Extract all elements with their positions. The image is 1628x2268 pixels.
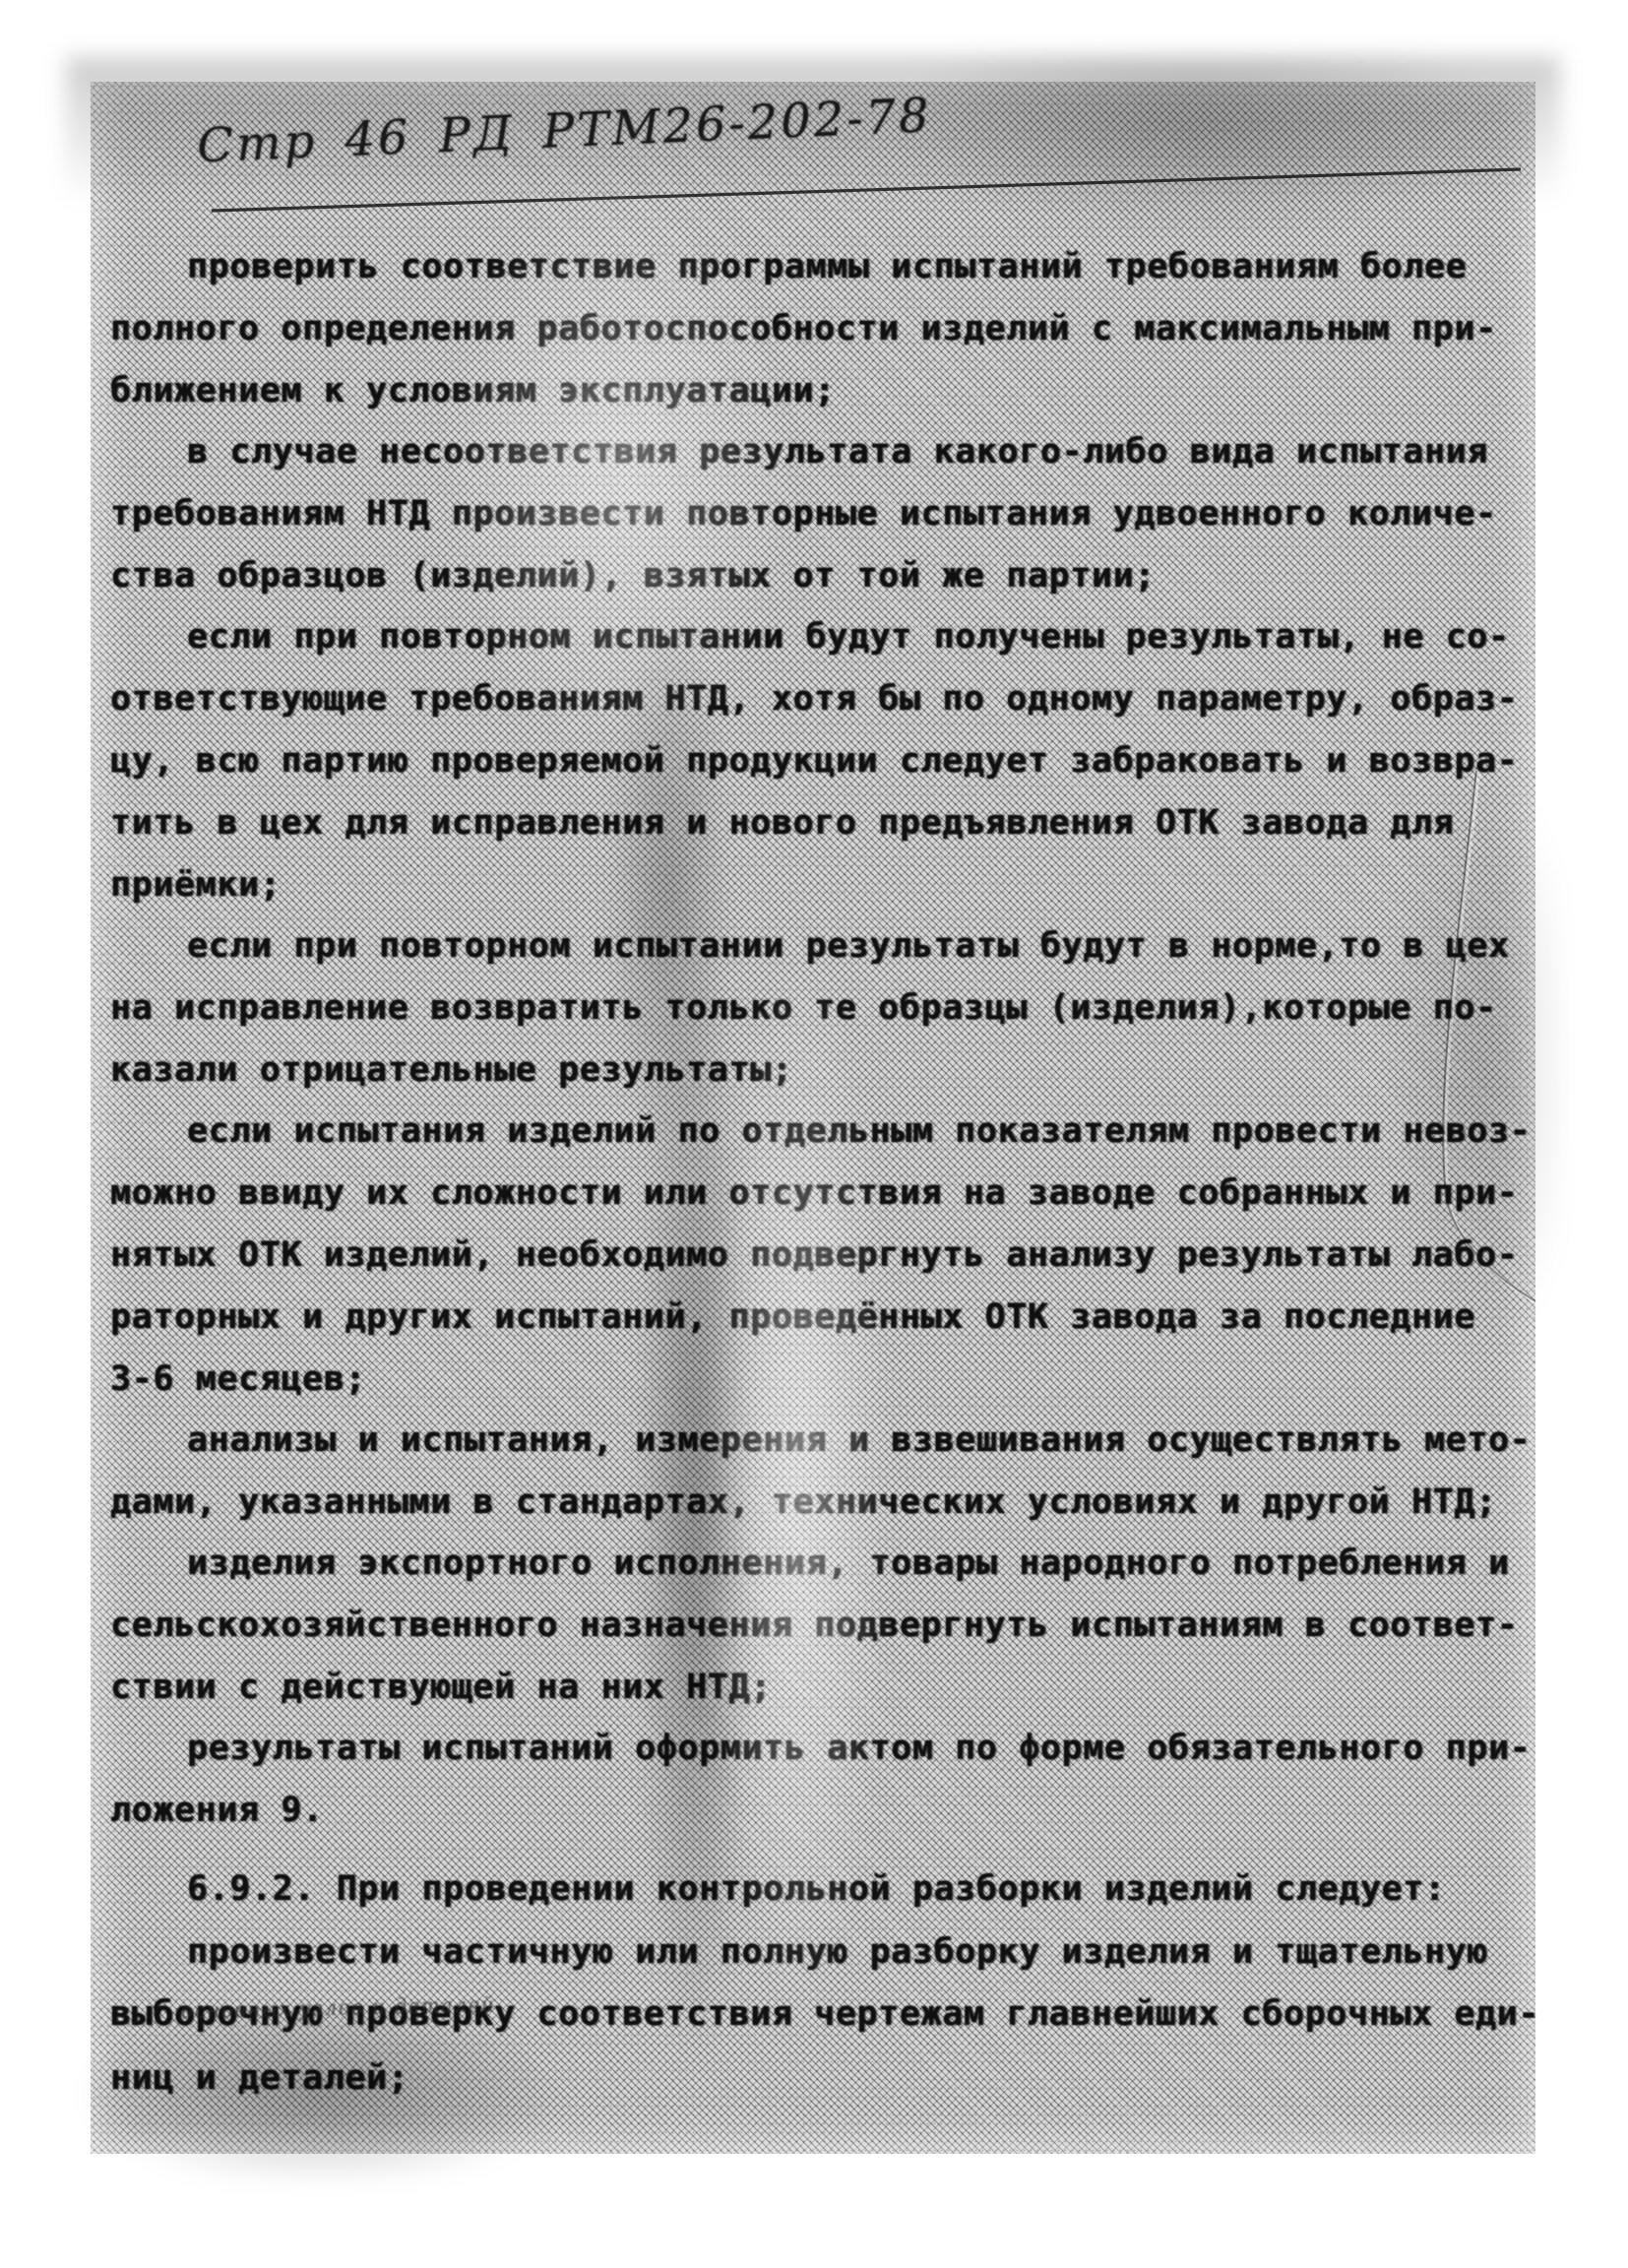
text-line: если при повторном испытании результаты … [110, 915, 1523, 977]
text-line: сельскохозяйственного назначения подверг… [110, 1595, 1523, 1657]
section-heading-6-9-2: 6.9.2. При проведении контрольной разбор… [110, 1858, 1523, 1921]
paragraph-check-program: проверить соответствие программы испытан… [110, 236, 1523, 422]
text-line: на исправление возвратить только те обра… [110, 977, 1523, 1039]
text-line: ниц и деталей; [110, 2047, 1523, 2110]
text-line: ства образцов (изделий), взятых от той ж… [110, 545, 1523, 607]
text-line: ответствующие требованиям НТД, хотя бы п… [110, 668, 1523, 730]
text-line: результаты испытаний оформить актом по ф… [110, 1718, 1523, 1780]
text-line: казали отрицательные результаты; [110, 1039, 1523, 1102]
text-line: нятых ОТК изделий, необходимо подвергнут… [110, 1225, 1523, 1287]
text-line: можно ввиду их сложности или отсутствия … [110, 1163, 1523, 1225]
paragraph-disassembly-check-end: ниц и деталей; [110, 2047, 1523, 2110]
text-line: ложения 9. [110, 1780, 1523, 1842]
text-line: тить в цех для исправления и нового пред… [110, 792, 1523, 854]
scanned-document-screenshot: Стр 46 РД РТМ26-202-78 проверить соответ… [0, 0, 1628, 2268]
text-line: требованиям НТД произвести повторные исп… [110, 483, 1523, 545]
text-line: в случае несоответствия результата каког… [110, 421, 1523, 483]
text-line: дами, указанными в стандартах, техническ… [110, 1472, 1523, 1534]
text-line: анализы и испытания, измерения и взвешив… [110, 1410, 1523, 1472]
typewritten-text-layer: проверить соответствие программы испытан… [91, 82, 1535, 2154]
paragraph-retest-fail-reject: если при повторном испытании будут получ… [110, 606, 1523, 916]
paragraph-retest-pass-return: если при повторном испытании результаты … [110, 915, 1523, 1102]
text-line: если при повторном испытании будут получ… [110, 606, 1523, 668]
text-line: ближением к условиям эксплуатации; [110, 360, 1523, 422]
text-line: цу, всю партию проверяемой продукции сле… [110, 730, 1523, 792]
paragraph-methods-standards: анализы и испытания, измерения и взвешив… [110, 1410, 1523, 1534]
paragraph-export-goods: изделия экспортного исполнения, товары н… [110, 1533, 1523, 1719]
text-line: проверить соответствие программы испытан… [110, 236, 1523, 298]
text-line: полного определения работоспособности из… [110, 298, 1523, 360]
text-line: ствии с действующей на них НТД; [110, 1657, 1523, 1719]
text-line: раторных и других испытаний, проведённых… [110, 1287, 1523, 1349]
paragraph-results-act: результаты испытаний оформить актом по ф… [110, 1718, 1523, 1842]
text-line: 3-6 месяцев; [110, 1349, 1523, 1411]
paragraph-disassembly-check: произвести частичную или полную разборку… [110, 1921, 1523, 2046]
paragraph-nonconformity-retest: в случае несоответствия результата каког… [110, 421, 1523, 607]
paragraph-impossible-tests-analysis: если испытания изделий по отдельным пока… [110, 1101, 1523, 1411]
text-line: приёмки; [110, 854, 1523, 916]
scan-page: Стр 46 РД РТМ26-202-78 проверить соответ… [91, 82, 1535, 2154]
text-line: произвести частичную или полную разборку… [110, 1921, 1523, 1984]
text-line: изделия экспортного исполнения, товары н… [110, 1533, 1523, 1595]
text-line: если испытания изделий по отдельным пока… [110, 1101, 1523, 1163]
text-line: 6.9.2. При проведении контрольной разбор… [110, 1858, 1523, 1921]
